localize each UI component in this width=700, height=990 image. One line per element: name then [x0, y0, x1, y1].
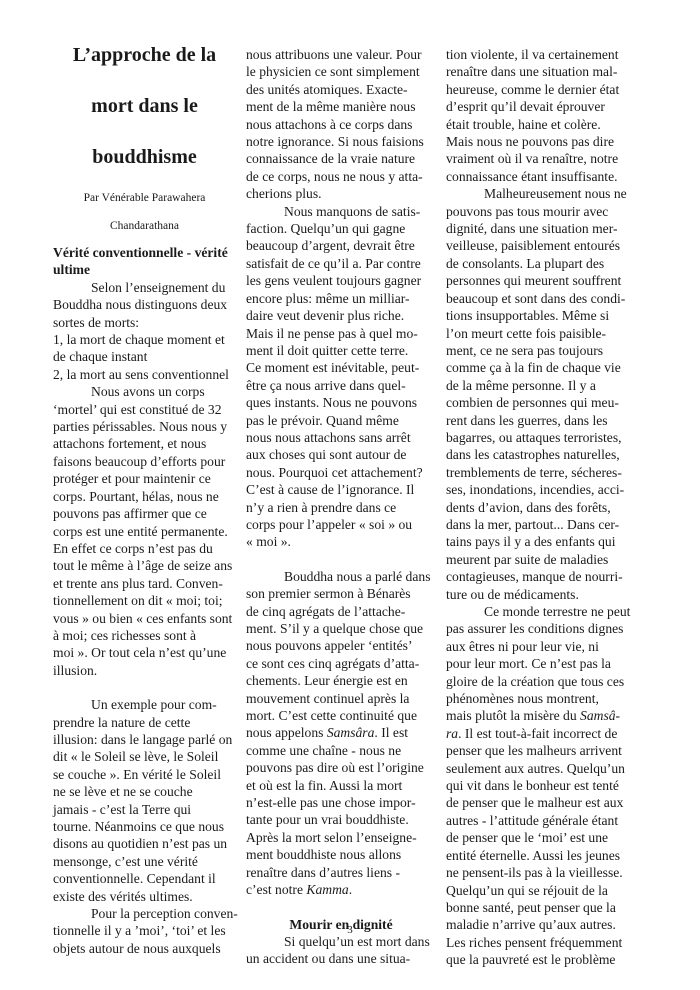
text-line: daire veut devenir plus riche. [246, 307, 436, 324]
text-line: corps est une entité permanente. [53, 523, 236, 540]
text-line: ses, inondations, incendies, acci- [446, 481, 636, 498]
text-line: dans la mer, partout... Dans cer- [446, 516, 636, 533]
text-line: aux êtres ni pour leur vie, ni [446, 638, 636, 655]
page-title-line-2: mort dans le [53, 95, 236, 118]
text-line: Après la mort selon l’enseigne- [246, 829, 436, 846]
text-line: dents d’avion, dans des forêts, [446, 499, 636, 516]
text-fragment: . Il est tout-à-fait incorrect de [458, 726, 617, 741]
term-samsara-cont: ra [446, 726, 458, 741]
text-line: de penser que le malheur est aux [446, 794, 636, 811]
text-line: se couche ». En vérité le Soleil [53, 766, 236, 783]
text-fragment: mais plutôt la misère du [446, 708, 580, 723]
text-line: renaître dans une situation mal- [446, 63, 636, 80]
text-line: beaucoup et sont dans des condi- [446, 290, 636, 307]
text-line: gloire de la création que tous ces [446, 673, 636, 690]
text-line: jamais - c’est la Terre qui [53, 801, 236, 818]
text-line: attachons fortement, et nous [53, 435, 236, 452]
text-line: protéger et pour maintenir ce [53, 470, 236, 487]
text-line: Quelqu’un qui se réjouit de la [446, 882, 636, 899]
text-line: ne pensent-ils pas à la vieillesse. [446, 864, 636, 881]
text-line: de cinq agrégats de l’attache- [246, 603, 436, 620]
text-line: pour leur mort. Ce n’est pas la [446, 655, 636, 672]
text-line: parties périssables. Nous nous y [53, 418, 236, 435]
text-line: nous. Pourquoi cet attachement? [246, 464, 436, 481]
text-line: cherions plus. [246, 185, 436, 202]
text-line: penser que les malheurs arrivent [446, 742, 636, 759]
text-line: contagieuses, manque de nourri- [446, 568, 636, 585]
column-2: nous attribuons une valeur. Pour le phys… [246, 46, 436, 968]
page-title-line-3: bouddhisme [53, 146, 236, 169]
text-line: Malheureusement nous ne [446, 185, 636, 202]
text-line: de la même personne. Il y a [446, 377, 636, 394]
author-byline-line-1: Par Vénérable Parawahera [53, 192, 236, 204]
text-line: nous appelons Samsâra. Il est [246, 724, 436, 741]
text-line: Mais nous ne pouvons pas dire [446, 133, 636, 150]
text-line: vraiment où il va renaître, notre [446, 150, 636, 167]
text-fragment: c’est notre [246, 882, 306, 897]
text-line: ment il doit quitter cette terre. [246, 342, 436, 359]
text-line: pouvons pas affirmer que ce [53, 505, 236, 522]
text-line: notre ignorance. Si nous faisions [246, 133, 436, 150]
text-line: Un exemple pour com- [53, 696, 236, 713]
text-line: Nous manquons de satis- [246, 203, 436, 220]
text-line: Ce monde terrestre ne peut [446, 603, 636, 620]
text-line: personnes qui meurent souffrent [446, 272, 636, 289]
page-title-line-1: L’approche de la [53, 44, 236, 67]
text-line: nous attachons à ce corps dans [246, 116, 436, 133]
text-line: qui vit dans le bonheur est tenté [446, 777, 636, 794]
text-line: veilleuse, paisiblement entourés [446, 237, 636, 254]
text-line: bagarres, ou attaques terroristes, [446, 429, 636, 446]
text-line: de consolants. La plupart des [446, 255, 636, 272]
text-line: Pour la perception conven- [53, 905, 236, 922]
text-line: ce sont ces cinq agrégats d’atta- [246, 655, 436, 672]
text-line: sortes de morts: [53, 314, 236, 331]
text-line: 1, la mort de chaque moment et [53, 331, 236, 348]
text-line: les gens veulent toujours gagner [246, 272, 436, 289]
text-line: son premier sermon à Bénarès [246, 585, 436, 602]
text-line: ment. S’il y a quelque chose que [246, 620, 436, 637]
text-line: objets autour de nous auxquels [53, 940, 236, 957]
text-fragment: . Il est [374, 725, 408, 740]
text-line: ture ou de médicaments. [446, 586, 636, 603]
text-line: ques instants. Nous ne pouvons [246, 394, 436, 411]
text-line: beaucoup d’argent, devrait être [246, 237, 436, 254]
text-line: seulement aux autres. Quelqu’un [446, 760, 636, 777]
text-line: combien de personnes qui meu- [446, 394, 636, 411]
text-line: nous nous attachons sans arrêt [246, 429, 436, 446]
text-line: connaissance étant insuffisante. [446, 168, 636, 185]
text-line: tante pour un vrai bouddhiste. [246, 811, 436, 828]
text-line: disons au quotidien n’est pas un [53, 835, 236, 852]
text-line: l’on meurt cette fois paisible- [446, 325, 636, 342]
text-line: ment, ce ne sera pas toujours [446, 342, 636, 359]
text-line: illusion: dans le langage parlé on [53, 731, 236, 748]
text-line: satisfait de ce qu’il a. Par contre [246, 255, 436, 272]
text-line: C’est à cause de l’ignorance. Il [246, 481, 436, 498]
text-line: n’y a rien à prendre dans ce [246, 499, 436, 516]
text-line: Nous avons un corps [53, 383, 236, 400]
paragraph-gap [246, 551, 436, 568]
text-line: de ce corps, nous ne nous y atta- [246, 168, 436, 185]
text-line: moi ». Or tout cela n’est qu’une [53, 644, 236, 661]
text-line: le physicien ce sont simplement [246, 63, 436, 80]
text-line: vous » ou bien « ces enfants sont [53, 610, 236, 627]
text-line: comme ça à la fin de chaque vie [446, 359, 636, 376]
text-line: Les riches pensent fréquemment [446, 934, 636, 951]
paragraph-gap [53, 679, 236, 696]
paragraph-gap [246, 899, 436, 916]
term-samsara: Samsâ- [580, 708, 620, 723]
text-line: Ce moment est inévitable, peut- [246, 359, 436, 376]
text-line: nous attribuons une valeur. Pour [246, 46, 436, 63]
text-line: être ça nous arrive dans quel- [246, 377, 436, 394]
text-line: pas le prévoir. Quand même [246, 412, 436, 429]
text-line: existe des vérités ultimes. [53, 888, 236, 905]
text-line: tains pays il y a des enfants qui [446, 533, 636, 550]
text-line: dignité, dans une situation mer- [446, 220, 636, 237]
text-line: de penser que le ‘moi’ est une [446, 829, 636, 846]
text-line: faisons beaucoup d’efforts pour [53, 453, 236, 470]
text-line: nous pouvons appeler ‘entités’ [246, 637, 436, 654]
text-line: bonne santé, peut penser que la [446, 899, 636, 916]
text-line: entité éternelle. Aussi les jeunes [446, 847, 636, 864]
text-line: était trouble, haine et colère. [446, 116, 636, 133]
text-line: « moi ». [246, 533, 436, 550]
text-fragment: nous appelons [246, 725, 327, 740]
text-line: n’est-elle pas une chose impor- [246, 794, 436, 811]
text-line: mouvement continuel après la [246, 690, 436, 707]
text-line: ne se lève et ne se couche [53, 783, 236, 800]
text-line: ‘mortel’ qui est constitué de 32 [53, 401, 236, 418]
section-heading-cont: ultime [53, 261, 236, 278]
text-line: dans les catastrophes naturelles, [446, 446, 636, 463]
text-line: mort. C’est cette continuité que [246, 707, 436, 724]
column-3: tion violente, il va certainement renaît… [446, 46, 636, 969]
text-line: de chaque instant [53, 348, 236, 365]
section-heading: Vérité conventionnelle - vérité [53, 244, 236, 261]
text-line: mensonge, c’est une vérité [53, 853, 236, 870]
text-line: pouvons pas tous mourir avec [446, 203, 636, 220]
text-line: et où est la fin. Aussi la mort [246, 777, 436, 794]
text-line: tionnellement on dit « moi; toi; [53, 592, 236, 609]
text-line: ment de la même manière nous [246, 98, 436, 115]
text-line: faction. Quelqu’un qui gagne [246, 220, 436, 237]
text-line: tremblements de terre, sécheres- [446, 464, 636, 481]
text-line: tourne. Néanmoins ce que nous [53, 818, 236, 835]
text-line: Bouddha nous a parlé dans [246, 568, 436, 585]
text-line: d’esprit qu’il devait éprouver [446, 98, 636, 115]
column-1: Vérité conventionnelle - vérité ultime S… [53, 244, 236, 957]
text-line: chements. Leur énergie est en [246, 672, 436, 689]
text-line: et trente ans plus tard. Conven- [53, 575, 236, 592]
text-line: à moi; ces richesses sont à [53, 627, 236, 644]
text-line: Bouddha nous distinguons deux [53, 296, 236, 313]
text-line: tout le même à l’âge de seize ans [53, 557, 236, 574]
text-line: prendre la nature de cette [53, 714, 236, 731]
text-line: corps pour l’appeler « soi » ou [246, 516, 436, 533]
text-line: heureuse, comme le dernier état [446, 81, 636, 98]
term-samsara: Samsâra [327, 725, 375, 740]
text-line: c’est notre Kamma. [246, 881, 436, 898]
text-line: connaissance de la vraie nature [246, 150, 436, 167]
page-number: 3 [0, 924, 700, 936]
text-line: Selon l’enseignement du [53, 279, 236, 296]
text-line: des unités atomiques. Exacte- [246, 81, 436, 98]
author-byline-line-2: Chandarathana [53, 220, 236, 232]
text-line: rent dans les guerres, dans les [446, 412, 636, 429]
text-line: 2, la mort au sens conventionnel [53, 366, 236, 383]
text-fragment: . [349, 882, 352, 897]
text-line: corps. Pourtant, hélas, nous ne [53, 488, 236, 505]
text-line: aux choses qui sont autour de [246, 446, 436, 463]
text-line: conventionnelle. Cependant il [53, 870, 236, 887]
text-line: dit « le Soleil se lève, le Soleil [53, 748, 236, 765]
text-line: ra. Il est tout-à-fait incorrect de [446, 725, 636, 742]
text-line: encore plus: même un milliar- [246, 290, 436, 307]
text-line: tion violente, il va certainement [446, 46, 636, 63]
text-line: mais plutôt la misère du Samsâ- [446, 707, 636, 724]
text-line: comme une chaîne - nous ne [246, 742, 436, 759]
text-line: Mais il ne pense pas à quel mo- [246, 325, 436, 342]
text-line: meurent par suite de maladies [446, 551, 636, 568]
text-line: autres - l’attitude générale étant [446, 812, 636, 829]
text-line: pas assurer les conditions dignes [446, 620, 636, 637]
term-kamma: Kamma [306, 882, 348, 897]
text-line: ment bouddhiste nous allons [246, 846, 436, 863]
text-line: En effet ce corps n’est pas du [53, 540, 236, 557]
text-line: tions insupportables. Même si [446, 307, 636, 324]
text-line: que la pauvreté est le problème [446, 951, 636, 968]
text-line: pouvons pas dire où est l’origine [246, 759, 436, 776]
text-line: phénomènes nous montrent, [446, 690, 636, 707]
text-line: illusion. [53, 662, 236, 679]
text-line: renaître dans d’autres liens - [246, 864, 436, 881]
text-line: un accident ou dans une situa- [246, 950, 436, 967]
